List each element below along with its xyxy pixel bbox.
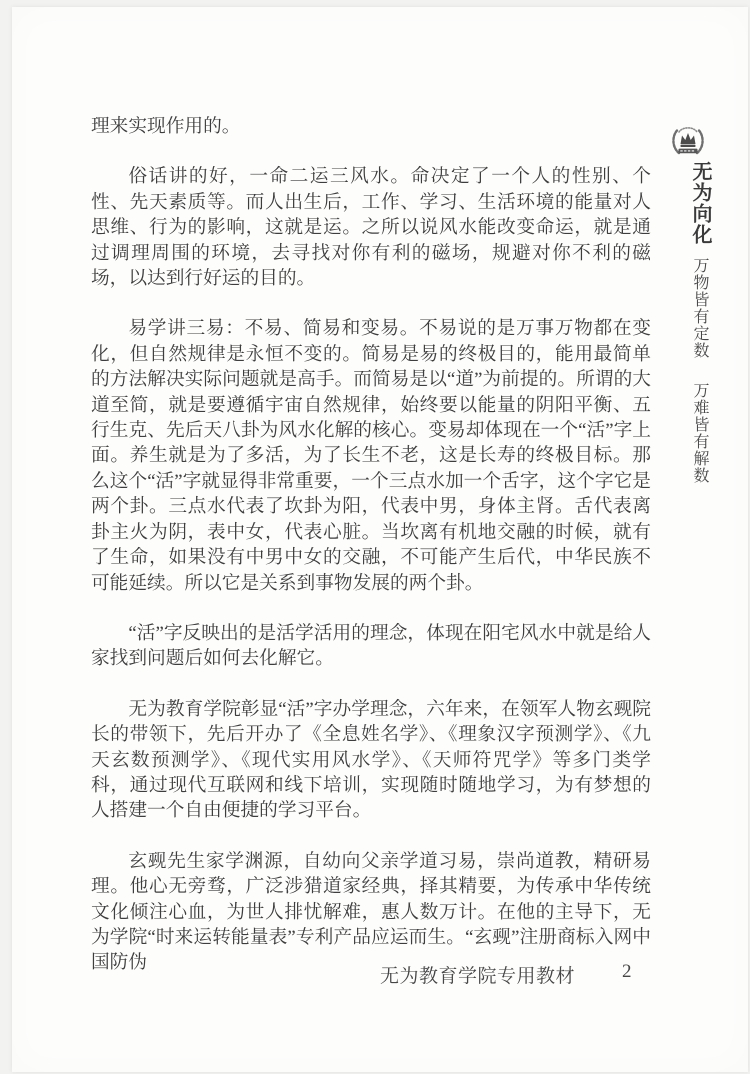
body-text: 理来实现作用的。 俗话讲的好，一命二运三风水。命决定了一个人的性别、个性、先天素… xyxy=(91,114,651,1001)
sidebar-motto-line2: 万难皆有解数 xyxy=(688,382,711,484)
footer-title: 无为教育学院专用教材 xyxy=(380,961,575,988)
sidebar-motto-primary: 无为向化 xyxy=(686,161,715,245)
paragraph: 易学讲三易：不易、简易和变易。不易说的是万事万物都在变化，但自然规律是永恒不变的… xyxy=(91,316,651,595)
paragraph: “活”字反映出的是活学活用的理念，体现在阳宅风水中就是给人家找到问题后如何去化解… xyxy=(91,621,651,672)
sidebar-motto-line1: 万物皆有定数 xyxy=(688,257,711,359)
crown-laurel-emblem-icon xyxy=(668,121,708,161)
paragraph-continuation: 理来实现作用的。 xyxy=(91,114,651,139)
paragraph: 无为教育学院彰显“活”字办学理念，六年来，在领军人物玄觋院长的带领下，先后开办了… xyxy=(91,697,651,824)
scanned-page: 理来实现作用的。 俗话讲的好，一命二运三风水。命决定了一个人的性别、个性、先天素… xyxy=(0,0,750,1074)
page-number: 2 xyxy=(622,961,632,983)
paragraph: 玄觋先生家学渊源，自幼向父亲学道习易，崇尚道教，精研易理。他心无旁骛，广泛涉猎道… xyxy=(91,849,651,976)
paragraph: 俗话讲的好，一命二运三风水。命决定了一个人的性别、个性、先天素质等。而人出生后，… xyxy=(91,164,651,291)
